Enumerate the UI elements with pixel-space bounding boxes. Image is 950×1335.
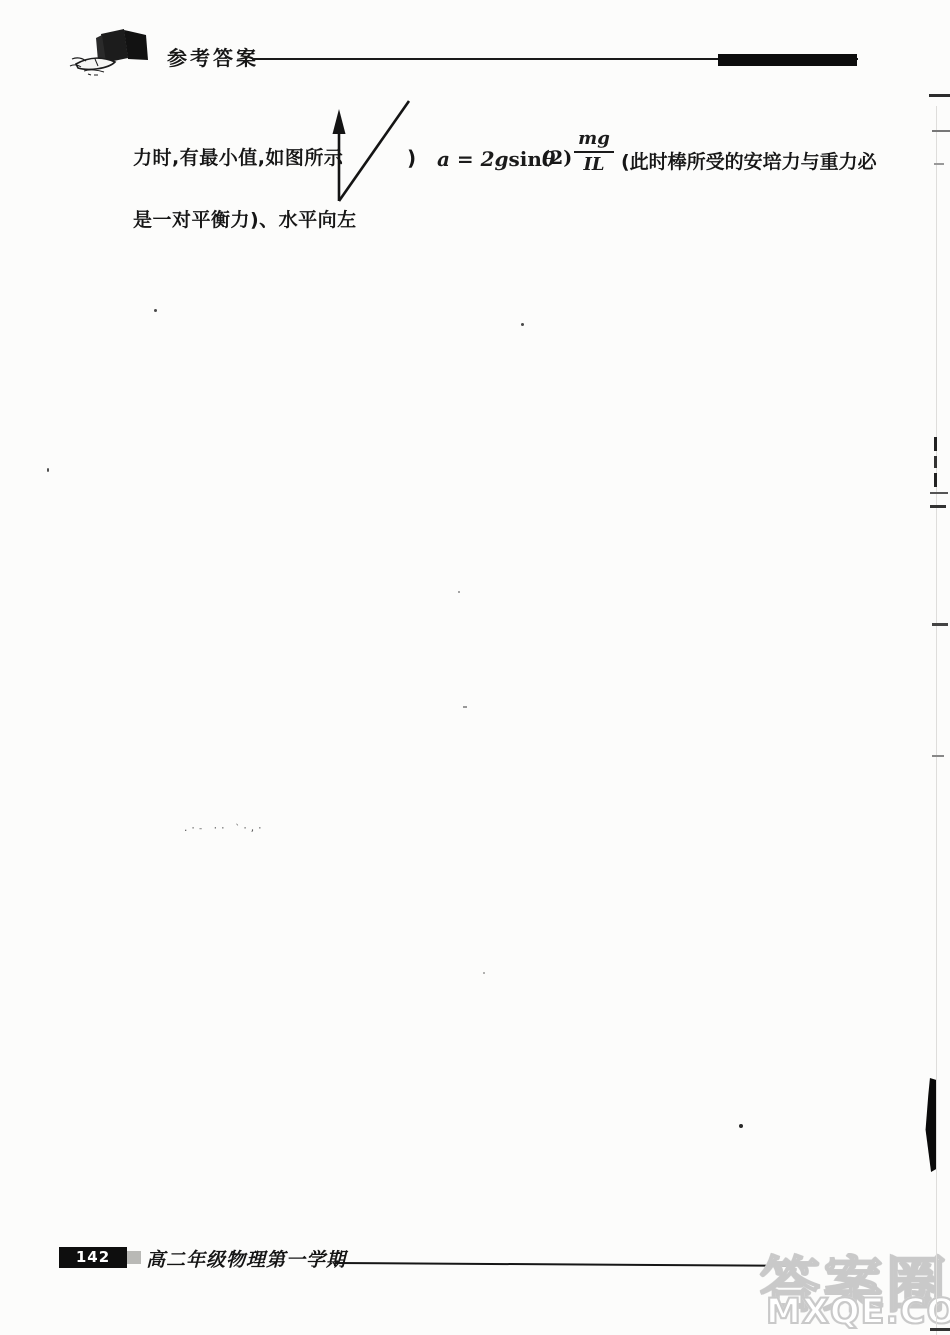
header-thick-bar bbox=[718, 54, 857, 66]
page-title: 参考答案 bbox=[167, 42, 259, 71]
watermark-site-url: MXQE.COM bbox=[766, 1292, 950, 1332]
page-badge-tail bbox=[127, 1251, 141, 1264]
scan-artifact bbox=[932, 755, 944, 757]
fraction-mg-over-IL: mg IL bbox=[574, 128, 614, 175]
fraction-numerator: mg bbox=[574, 128, 614, 153]
scan-artifact bbox=[934, 437, 937, 451]
scan-dot bbox=[458, 591, 460, 593]
answer-text-line2: 是一对平衡力)、水平向左 bbox=[133, 205, 357, 232]
scan-artifact bbox=[930, 1328, 950, 1331]
fraction-denominator: IL bbox=[574, 153, 614, 176]
scan-artifact bbox=[934, 473, 937, 487]
scan-artifact bbox=[934, 456, 937, 468]
scanned-answer-page: 参考答案 力时,有最小值,如图所示 ) a = 2gsinθ (2) mg IL… bbox=[0, 0, 950, 1335]
page-number-badge: 142 bbox=[59, 1247, 127, 1268]
scan-artifact bbox=[929, 94, 950, 97]
scan-smudge: .·- ·· `·,· bbox=[183, 824, 273, 834]
item-2-label: (2) bbox=[541, 147, 572, 169]
scan-dot bbox=[463, 706, 467, 708]
scan-artifact bbox=[930, 505, 946, 508]
scan-dot bbox=[154, 309, 157, 312]
footer-rule bbox=[335, 1262, 792, 1267]
formula-sin: sin bbox=[509, 147, 542, 171]
scan-edge-line bbox=[936, 106, 937, 1335]
force-vector-diagram bbox=[310, 92, 420, 207]
closing-paren: ) bbox=[407, 146, 416, 170]
scan-dot bbox=[521, 323, 524, 326]
books-stack-icon bbox=[68, 26, 168, 78]
scan-dot bbox=[47, 468, 49, 472]
scan-dot bbox=[739, 1124, 743, 1128]
diagonal-vector-line bbox=[339, 101, 409, 201]
up-arrow-head bbox=[333, 109, 346, 134]
formula-acceleration: a = 2gsinθ bbox=[437, 147, 555, 171]
answer-text-line1-suffix: (此时棒所受的安培力与重力必 bbox=[621, 147, 877, 174]
scan-artifact bbox=[930, 492, 948, 494]
scan-dot bbox=[483, 972, 485, 974]
scan-ink-wedge bbox=[925, 1078, 936, 1172]
scan-artifact bbox=[932, 130, 950, 132]
scan-artifact bbox=[934, 163, 944, 165]
scan-artifact bbox=[932, 623, 948, 626]
book-title: 高二年级物理第一学期 bbox=[146, 1245, 346, 1272]
formula-lhs: a = 2g bbox=[437, 147, 509, 171]
